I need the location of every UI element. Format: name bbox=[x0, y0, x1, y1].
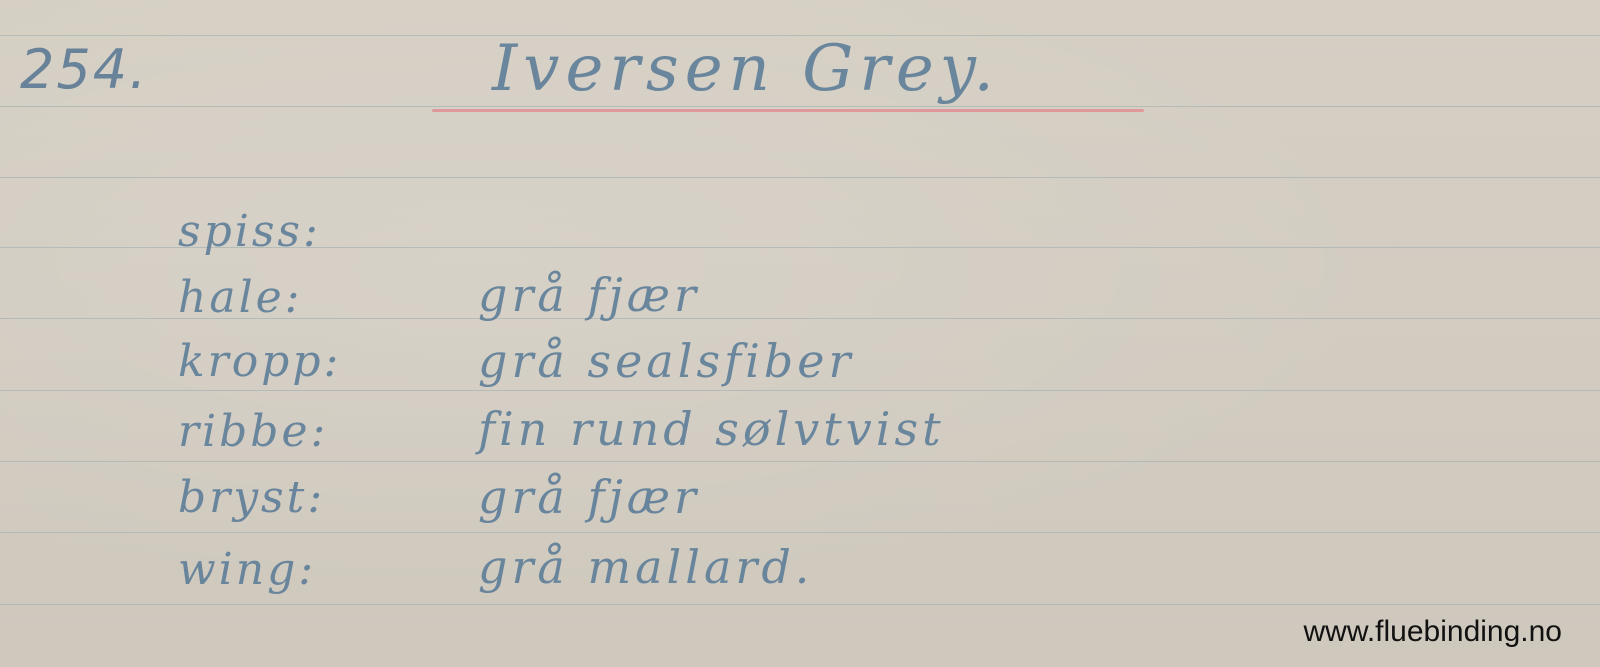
recipe-label: hale: bbox=[178, 272, 303, 323]
title-underline bbox=[432, 109, 1144, 112]
ledger-page: 254. Iversen Grey. spiss: hale: grå fjær… bbox=[0, 0, 1600, 667]
recipe-value: fin rund sølvtvist bbox=[478, 402, 945, 456]
recipe-value: grå mallard. bbox=[478, 540, 813, 594]
ruled-line bbox=[0, 390, 1600, 391]
ruled-line bbox=[0, 604, 1600, 605]
ruled-line bbox=[0, 532, 1600, 533]
recipe-value: grå sealsfiber bbox=[478, 334, 854, 388]
recipe-value: grå fjær bbox=[478, 268, 700, 322]
ruled-line bbox=[0, 461, 1600, 462]
recipe-label: spiss: bbox=[178, 206, 321, 257]
site-watermark: www.fluebinding.no bbox=[1303, 615, 1562, 649]
recipe-label: bryst: bbox=[178, 472, 325, 523]
entry-number: 254. bbox=[20, 38, 148, 101]
ruled-line bbox=[0, 177, 1600, 178]
recipe-label: wing: bbox=[178, 544, 316, 595]
fly-title: Iversen Grey. bbox=[492, 32, 1000, 106]
recipe-value: grå fjær bbox=[478, 470, 700, 524]
recipe-label: ribbe: bbox=[178, 406, 328, 457]
recipe-label: kropp: bbox=[178, 336, 341, 387]
ruled-line bbox=[0, 106, 1600, 107]
